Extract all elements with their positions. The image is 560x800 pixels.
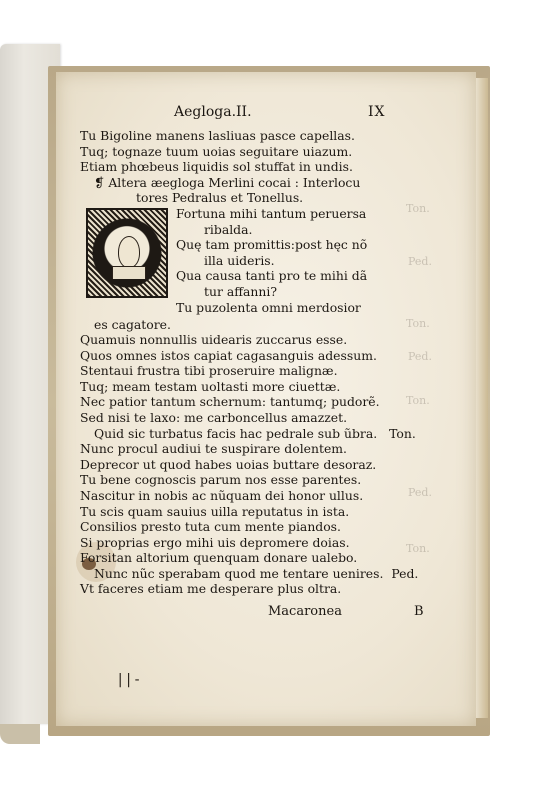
- verse-line: Tu scis quam sauius uilla reputatus in i…: [80, 504, 470, 520]
- folio-number: IX: [368, 104, 386, 120]
- verse-line: Qua causa tanti pro te mihi dã: [176, 268, 367, 284]
- verse-line: Nunc procul audiui te suspirare dolentem…: [80, 441, 470, 457]
- rubric-text: Altera æegloga Merlini cocai : Interlocu: [108, 175, 360, 190]
- portrait-face: [118, 236, 140, 268]
- running-title: Aegloga.II.: [174, 104, 252, 120]
- verse-text: Nunc nũc sperabam quod me tentare uenire…: [94, 566, 383, 581]
- verse-line: Tu Bigoline manens lasliuas pasce capell…: [80, 128, 470, 144]
- portrait-bust: [112, 266, 146, 279]
- poem-text: Tu Bigoline manens lasliuas pasce capell…: [80, 128, 470, 597]
- verse-line: Quos omnes istos capiat cagasanguis ades…: [80, 348, 470, 364]
- verse-line: Quę tam promittis:post hęc nõ: [176, 237, 367, 253]
- initial-adjacent-lines: Fortuna mihi tantum peruersa ribalda. Qu…: [176, 206, 367, 315]
- verse-line: Nunc nũc sperabam quod me tentare uenire…: [80, 566, 470, 582]
- verse-line: Sed nisi te laxo: me carboncellus amazze…: [80, 410, 470, 426]
- verse-line: es cagatore.: [94, 317, 171, 333]
- verse-line: tur affanni?: [176, 284, 367, 300]
- verse-line: ribalda.: [176, 222, 367, 238]
- decorated-initial-block: Fortuna mihi tantum peruersa ribalda. Qu…: [80, 206, 470, 346]
- verse-line: Deprecor ut quod habes uoias buttare des…: [80, 457, 470, 473]
- verse-lines-main: Quamuis nonnullis uidearis zuccarus esse…: [80, 332, 470, 597]
- verse-line: illa uideris.: [176, 253, 367, 269]
- verse-text: Quid sic turbatus facis hac pedrale sub …: [94, 426, 377, 441]
- verse-line: Etiam phœbeus liquidis sol stuffat in un…: [80, 159, 470, 175]
- verse-line: Tu bene cognoscis parum nos esse parente…: [80, 472, 470, 488]
- rubric-line: ❡ Altera æegloga Merlini cocai : Interlo…: [80, 175, 470, 191]
- speaker-label: Ton.: [389, 426, 416, 441]
- verse-line: Tu puzolenta omni merdosior: [176, 300, 367, 316]
- verse-line: Nascitur in nobis ac nũquam dei honor ul…: [80, 488, 470, 504]
- verse-line: Forsitan altorium quenquam donare ualebo…: [80, 550, 470, 566]
- speaker-label: Ped.: [391, 566, 418, 581]
- verse-line: Nec patior tantum schernum: tantumq; pud…: [80, 394, 470, 410]
- verse-line: Fortuna mihi tantum peruersa: [176, 206, 367, 222]
- page-fore-edge: [476, 78, 488, 718]
- pilcrow-icon: ❡: [94, 175, 104, 190]
- woodcut-initial-o-icon: [86, 208, 168, 298]
- rubric-line: tores Pedralus et Tonellus.: [80, 190, 470, 206]
- catchword: Macaronea: [268, 604, 342, 619]
- verse-line: Si proprias ergo mihi uis depromere doia…: [80, 535, 470, 551]
- verse-line: Stentaui frustra tibi proseruire malignæ…: [80, 363, 470, 379]
- signature-mark: B: [414, 604, 424, 619]
- verse-line: Tuq; meam testam uoltasti more ciuettæ.: [80, 379, 470, 395]
- verse-line: Quid sic turbatus facis hac pedrale sub …: [80, 426, 470, 442]
- verse-line: Tuq; tognaze tuum uoias seguitare uiazum…: [80, 144, 470, 160]
- book-page: Aegloga.II. IX Ton. Ped. Ton. Ped. Ton. …: [56, 72, 476, 726]
- manuscript-mark: ||-: [116, 672, 141, 688]
- verse-line: Consilios presto tuta cum mente piandos.: [80, 519, 470, 535]
- verse-line: Vt faceres etiam me desperare plus oltra…: [80, 581, 470, 597]
- facing-page-corner: [0, 724, 40, 744]
